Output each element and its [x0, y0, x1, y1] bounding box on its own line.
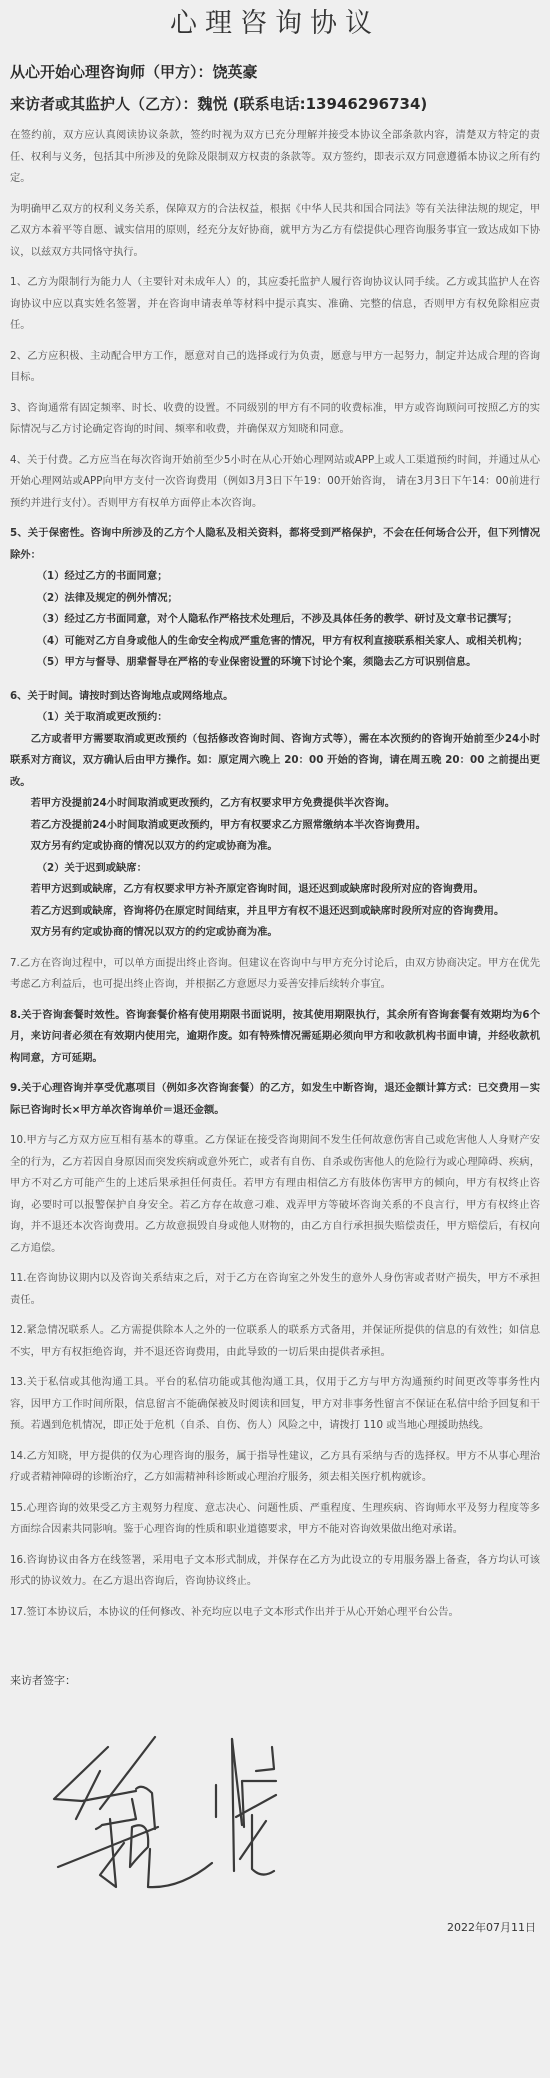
clause-5-confidentiality: 5、关于保密性。咨询中所涉及的乙方个人隐私及相关资料，都将受到严格保护，不会在任… — [10, 523, 540, 674]
party-a-counselor: 从心开始心理咨询师（甲方）：饶英豪 — [10, 62, 540, 83]
clause-6-heading: 6、关于时间。请按时到达咨询地点或网络地点。 — [10, 686, 540, 708]
clause-3: 3、咨询通常有固定频率、时长、收费的设置。不同级别的甲方有不同的收费标准，甲方或… — [10, 398, 540, 441]
clause-5-item: （2）法律及规定的例外情况； — [10, 588, 540, 610]
clause-6-sub1-line: 双方另有约定或协商的情况以双方的约定或协商为准。 — [10, 836, 540, 858]
clause-2: 2、乙方应积极、主动配合甲方工作，愿意对自己的选择或行为负责，愿意与甲方一起努力… — [10, 346, 540, 389]
clause-5-item: （4）可能对乙方自身或他人的生命安全构成严重危害的情况，甲方有权利直接联系相关家… — [10, 631, 540, 653]
clause-4: 4、关于付费。乙方应当在每次咨询开始前至少5小时在从心开始心理网站或APP上或人… — [10, 450, 540, 515]
clause-5-heading: 5、关于保密性。咨询中所涉及的乙方个人隐私及相关资料，都将受到严格保护，不会在任… — [10, 523, 540, 566]
handwritten-signature-icon — [40, 1719, 300, 1899]
clause-15: 15.心理咨询的效果受乙方主观努力程度、意志决心、问题性质、严重程度、生理疾病、… — [10, 1498, 540, 1541]
intro-paragraph-1: 在签约前，双方应认真阅读协议条款，签约时视为双方已充分理解并接受本协议全部条款内… — [10, 125, 540, 190]
clause-13: 13.关于私信或其他沟通工具。平台的私信功能或其他沟通工具，仅用于乙方与甲方沟通… — [10, 1372, 540, 1437]
clause-11: 11.在咨询协议期内以及咨询关系结束之后，对于乙方在咨询室之外发生的意外人身伤害… — [10, 1268, 540, 1311]
clause-12: 12.紧急情况联系人。乙方需提供除本人之外的一位联系人的联系方式备用，并保证所提… — [10, 1320, 540, 1363]
clause-10: 10.甲方与乙方双方应互相有基本的尊重。乙方保证在接受咨询期间不发生任何故意伤害… — [10, 1130, 540, 1259]
clause-1: 1、乙方为限制行为能力人（主要针对未成年人）的，其应委托监护人履行咨询协议认同手… — [10, 272, 540, 337]
clause-5-item: （5）甲方与督导、朋辈督导在严格的专业保密设置的环境下讨论个案，须隐去乙方可识别… — [10, 652, 540, 674]
clause-6-sub1-line: 乙方或者甲方需要取消或更改预约（包括修改咨询时间、咨询方式等），需在本次预约的咨… — [10, 729, 540, 794]
party-b-client: 来访者或其监护人（乙方）：魏悦 (联系电话:13946296734) — [10, 94, 540, 115]
clause-6-time: 6、关于时间。请按时到达咨询地点或网络地点。 （1）关于取消或更改预约： 乙方或… — [10, 686, 540, 944]
clause-8: 8.关于咨询套餐时效性。咨询套餐价格有使用期限书面说明，按其使用期限执行，其余所… — [10, 1005, 540, 1070]
clause-6-sub2-line: 双方另有约定或协商的情况以双方的约定或协商为准。 — [10, 922, 540, 944]
clause-6-sub2-line: 若甲方迟到或缺席，乙方有权要求甲方补齐原定咨询时间，退还迟到或缺席时段所对应的咨… — [10, 879, 540, 901]
clause-16: 16.咨询协议由各方在线签署，采用电子文本形式制成，并保存在乙方为此设立的专用服… — [10, 1550, 540, 1593]
agreement-document: 心理咨询协议 从心开始心理咨询师（甲方）：饶英豪 来访者或其监护人（乙方）：魏悦… — [0, 0, 550, 1935]
clause-17: 17.签订本协议后，本协议的任何修改、补充均应以电子文本形式作出并于从心开始心理… — [10, 1602, 540, 1624]
signature-area — [10, 1689, 540, 1919]
clause-5-item: （1）经过乙方的书面同意； — [10, 566, 540, 588]
clause-9: 9.关于心理咨询并享受优惠项目（例如多次咨询套餐）的乙方，如发生中断咨询，退还金… — [10, 1078, 540, 1121]
clause-6-sub1-line: 若甲方没提前24小时间取消或更改预约，乙方有权要求甲方免费提供半次咨询。 — [10, 793, 540, 815]
clause-14: 14.乙方知晓，甲方提供的仅为心理咨询的服务，属于指导性建议，乙方具有采纳与否的… — [10, 1446, 540, 1489]
signature-date: 2022年07月11日 — [10, 1919, 540, 1935]
clause-6-sub1-line: 若乙方没提前24小时间取消或更改预约，甲方有权要求乙方照常缴纳本半次咨询费用。 — [10, 815, 540, 837]
intro-paragraph-2: 为明确甲乙双方的权利义务关系，保障双方的合法权益，根据《中华人民共和国合同法》等… — [10, 199, 540, 264]
clause-6-sub2-title: （2）关于迟到或缺席： — [10, 858, 540, 880]
clause-7: 7.乙方在咨询过程中，可以单方面提出终止咨询。但建议在咨询中与甲方充分讨论后，由… — [10, 953, 540, 996]
signature-label: 来访者签字： — [10, 1673, 540, 1689]
page-title: 心理咨询协议 — [10, 0, 540, 48]
clause-5-item: （3）经过乙方书面同意，对个人隐私作严格技术处理后，不涉及具体任务的教学、研讨及… — [10, 609, 540, 631]
clause-6-sub1-title: （1）关于取消或更改预约： — [10, 707, 540, 729]
clause-6-sub2-line: 若乙方迟到或缺席，咨询将仍在原定时间结束，并且甲方有权不退还迟到或缺席时段所对应… — [10, 901, 540, 923]
